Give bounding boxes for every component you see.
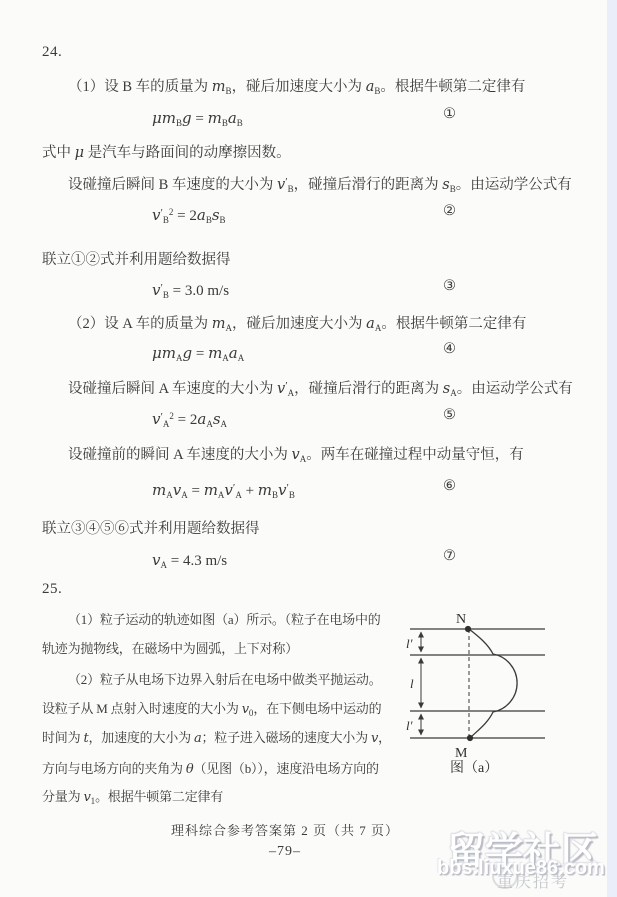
- equation-7-body: vA = 4.3 m/s: [152, 553, 227, 569]
- q24-paragraph-1: （1）设 B 车的质量为 mB，碰后加速度大小为 aB。根据牛顿第二定律有: [68, 75, 525, 96]
- q25-paragraph-2: 轨迹为抛物线，在磁场中为圆弧，上下对称）: [42, 638, 298, 657]
- figure-a-trajectory-diagram: N M l′ l l′ 图（a）: [403, 603, 555, 781]
- q24-paragraph-8: 联立③④⑤⑥式并利用题给数据得: [42, 517, 260, 538]
- middle-gap-label: l: [410, 676, 414, 691]
- q25-paragraph-3: （2）粒子从电场下边界入射后在电场中做类平抛运动。: [68, 669, 382, 688]
- point-M-label: M: [455, 746, 468, 761]
- q25-paragraph-7: 分量为 v1。根据牛顿第二定律有: [42, 786, 223, 806]
- q24-paragraph-3: 设碰撞后瞬间 B 车速度的大小为 v′B，碰撞后滑行的距离为 sB。由运动学公式…: [68, 173, 572, 194]
- equation-6-tag: ⑥: [443, 478, 456, 494]
- equation-1: μmBg = mBaB ①: [152, 109, 243, 128]
- q24-paragraph-6: 设碰撞后瞬间 A 车速度的大小为 v′A，碰撞后滑行的距离为 sA。由运动学公式…: [68, 377, 573, 398]
- gap-bottom-label: l′: [406, 718, 413, 733]
- scanned-answer-page: 24. （1）设 B 车的质量为 mB，碰后加速度大小为 aB。根据牛顿第二定律…: [0, 0, 617, 897]
- equation-7-tag: ⑦: [443, 548, 456, 564]
- equation-3-tag: ③: [443, 278, 456, 294]
- point-M-dot: [467, 735, 473, 741]
- equation-5-body: v′A2 = 2aAsA: [152, 412, 227, 428]
- equation-2-tag: ②: [443, 203, 456, 219]
- equation-1-tag: ①: [443, 106, 456, 122]
- q25-paragraph-5: 时间为 t，加速度的大小为 a；粒子进入磁场的速度大小为 v，: [42, 727, 391, 746]
- q24-paragraph-2: 式中 μ 是汽车与路面间的动摩擦因数。: [42, 141, 291, 162]
- equation-5: v′A2 = 2aAsA ⑤: [152, 410, 227, 429]
- q24-paragraph-5: （2）设 A 车的质量为 mA，碰后加速度大小为 aA。根据牛顿第二定律有: [68, 312, 526, 333]
- equation-7: vA = 4.3 m/s ⑦: [152, 551, 227, 570]
- equation-5-tag: ⑤: [443, 407, 456, 423]
- q25-paragraph-1: （1）粒子运动的轨迹如图（a）所示。（粒子在电场中的: [68, 609, 381, 628]
- equation-4-body: μmAg = mAaA: [152, 346, 244, 362]
- equation-3: v′B = 3.0 m/s ③: [152, 281, 229, 300]
- trajectory-curve: [469, 629, 517, 738]
- gap-top-label: l′: [406, 636, 413, 651]
- equation-2-body: v′B2 = 2aBsB: [152, 208, 226, 224]
- watermark-url: bbs.liuxue86.com: [437, 857, 605, 880]
- equation-6: mAvA = mAv′A + mBv′B ⑥: [152, 481, 295, 500]
- q25-paragraph-6: 方向与电场方向的夹角为 θ（见图（b）），速度沿电场方向的: [42, 758, 379, 777]
- question-25-number: 25.: [42, 581, 62, 598]
- equation-6-body: mAvA = mAv′A + mBv′B: [152, 483, 295, 499]
- figure-caption: 图（a）: [450, 760, 498, 776]
- equation-4: μmAg = mAaA ④: [152, 344, 244, 363]
- q24-paragraph-4: 联立①②式并利用题给数据得: [42, 248, 231, 269]
- q24-paragraph-7: 设碰撞前的瞬间 A 车速度的大小为 vA。两车在碰撞过程中动量守恒，有: [68, 443, 524, 464]
- question-24-number: 24.: [42, 44, 62, 61]
- point-N-label: N: [456, 612, 466, 627]
- equation-2: v′B2 = 2aBsB ②: [152, 206, 226, 225]
- equation-1-body: μmBg = mBaB: [152, 111, 243, 127]
- scan-edge-strip: [607, 0, 617, 897]
- equation-3-body: v′B = 3.0 m/s: [152, 283, 229, 299]
- q25-paragraph-4: 设粒子从 M 点射入时速度的大小为 v0，在下侧电场中运动的: [42, 698, 381, 718]
- equation-4-tag: ④: [443, 341, 456, 357]
